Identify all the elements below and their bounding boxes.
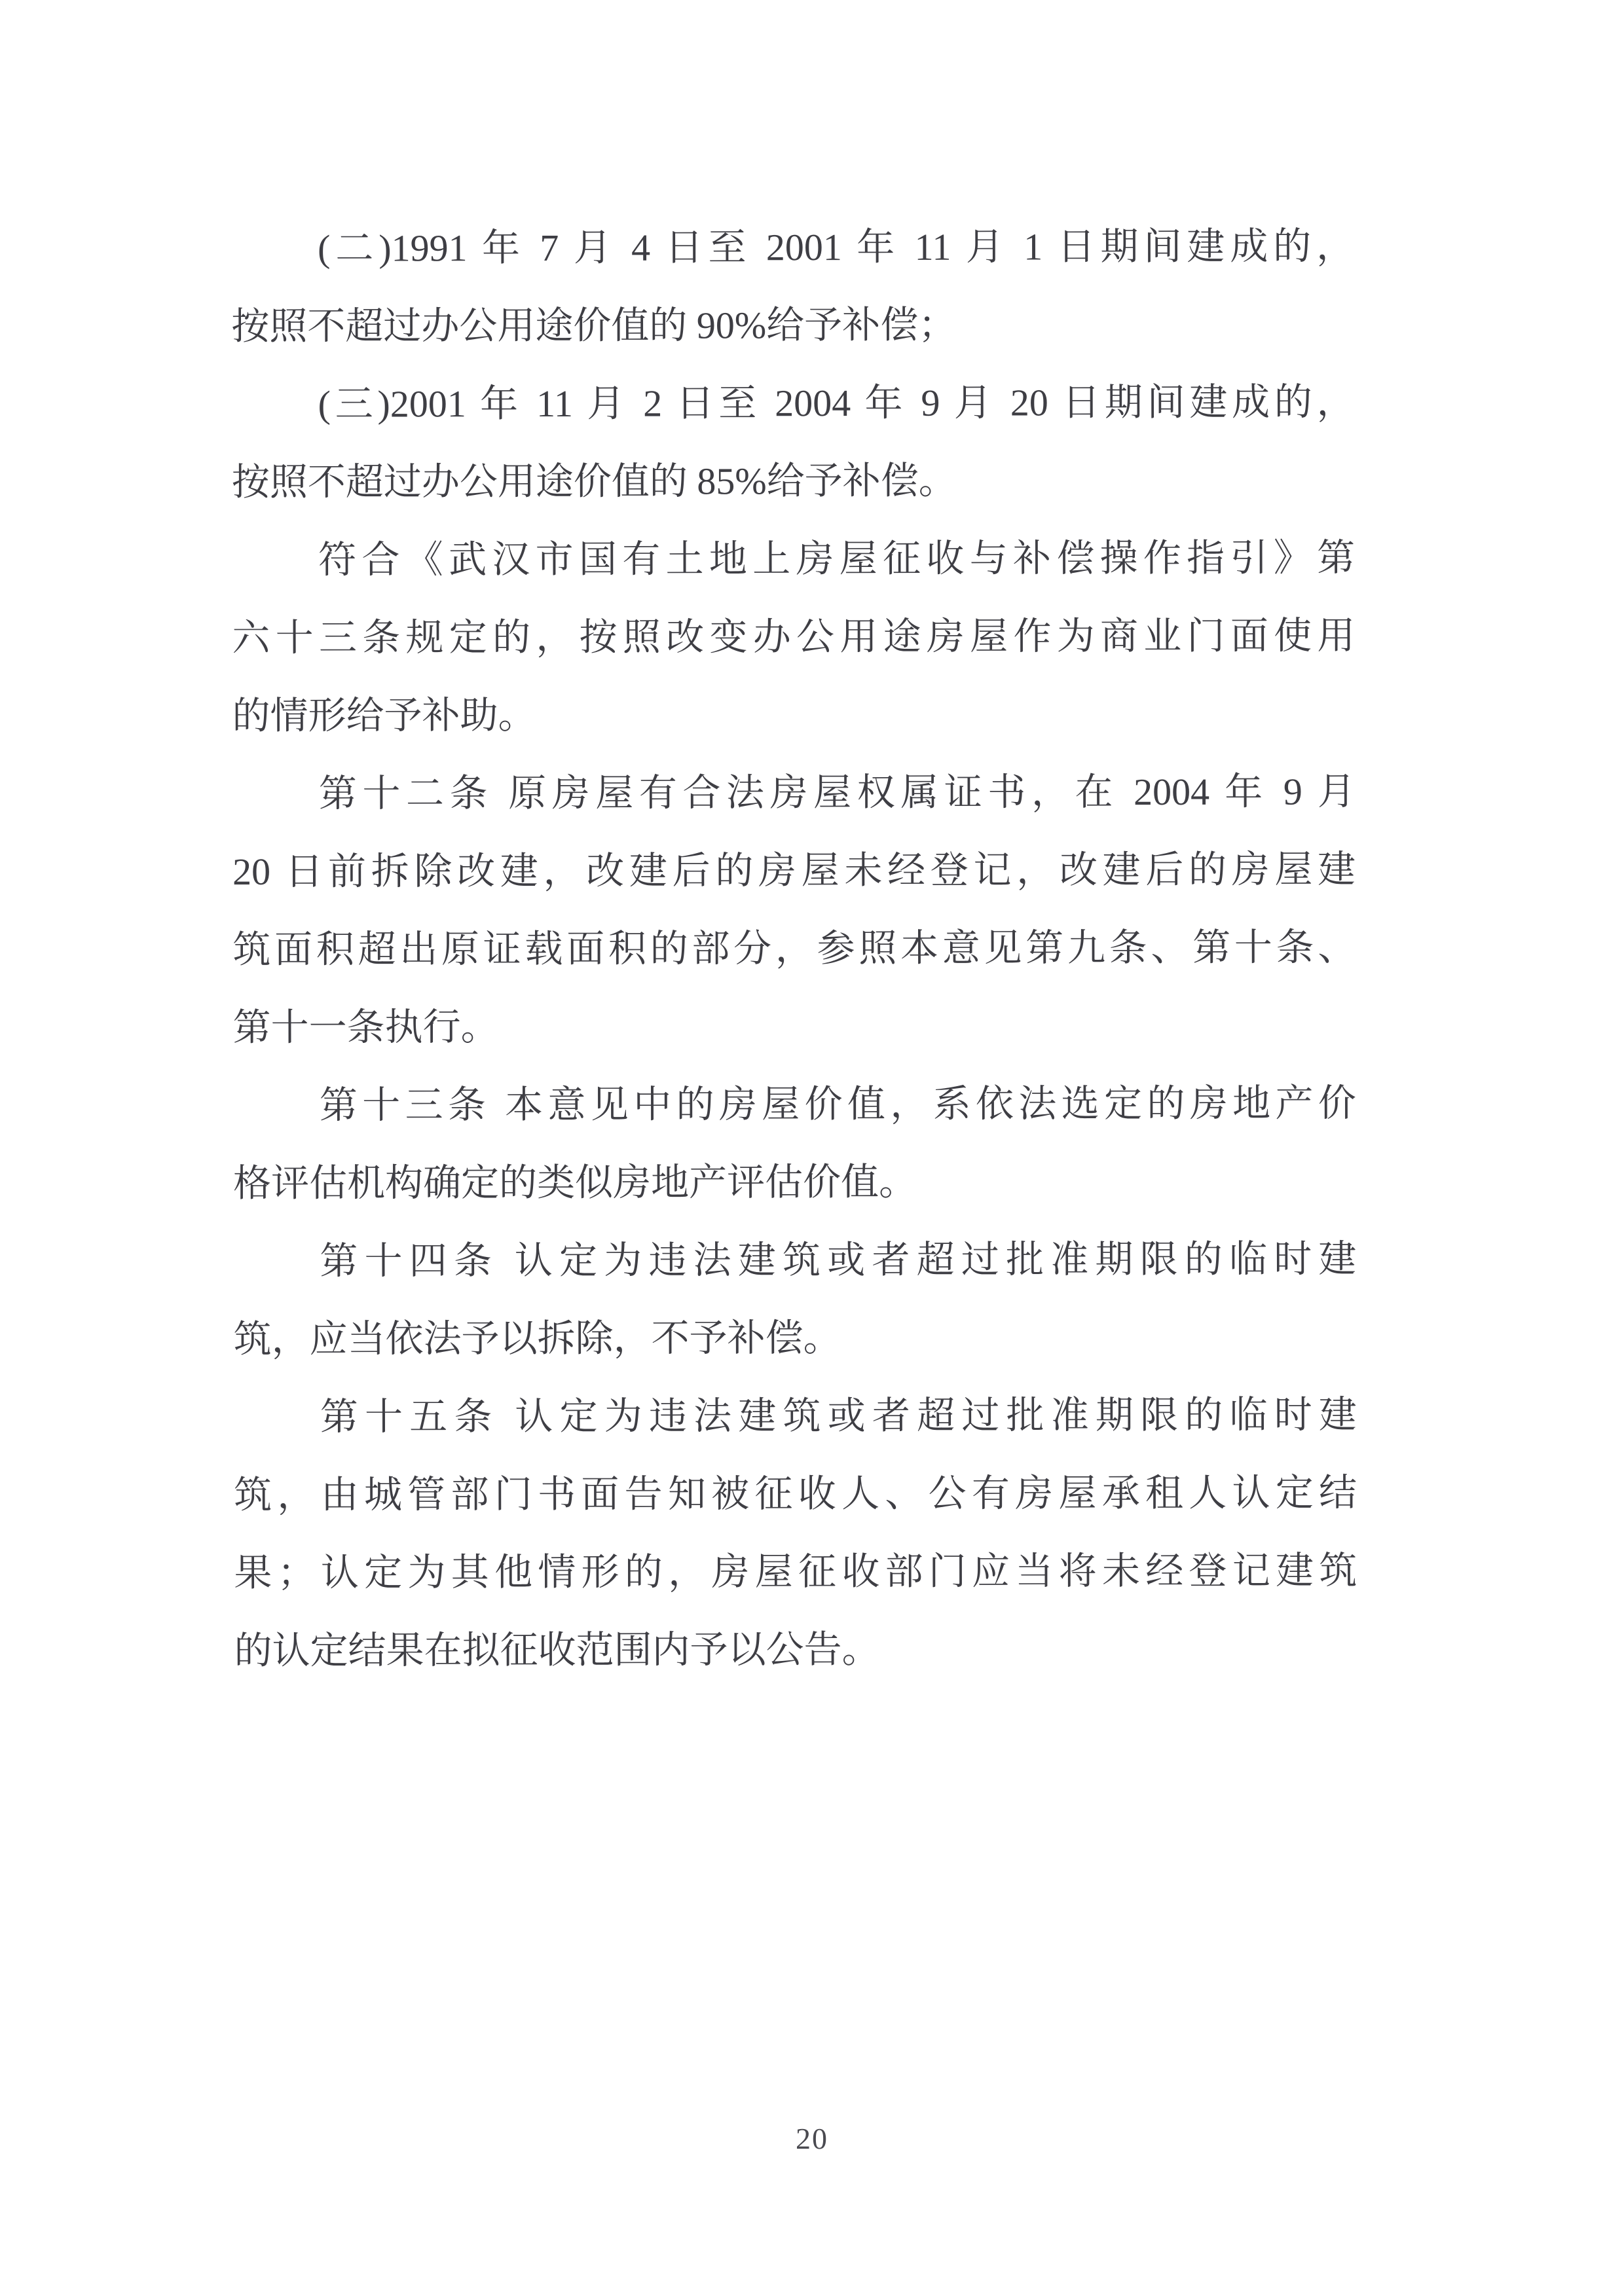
text-line: 的情形给予补助。 xyxy=(232,674,1355,755)
document-text-block: (二)1991 年 7 月 4 日至 2001 年 11 月 1 日期间建成的，… xyxy=(231,207,1357,1690)
text-line: 六十三条规定的，按照改变办公用途房屋作为商业门面使用 xyxy=(232,596,1355,677)
text-line: 第十三条 本意见中的房屋价值，系依法选定的房地产价 xyxy=(233,1064,1356,1144)
text-line: 第十四条 认定为违法建筑或者超过批准期限的临时建 xyxy=(233,1220,1356,1300)
text-line: (二)1991 年 7 月 4 日至 2001 年 11 月 1 日期间建成的， xyxy=(231,207,1354,287)
text-line: 格评估机构确定的类似房地产评估价值。 xyxy=(233,1142,1356,1222)
text-line: 筑面积超出原证载面积的部分，参照本意见第九条、第十条、 xyxy=(232,908,1356,989)
text-line: (三)2001 年 11 月 2 日至 2004 年 9 月 20 日期间建成的… xyxy=(231,363,1354,443)
text-line: 20 日前拆除改建，改建后的房屋未经登记，改建后的房屋建 xyxy=(232,830,1356,911)
document-page: (二)1991 年 7 月 4 日至 2001 年 11 月 1 日期间建成的，… xyxy=(0,0,1624,2296)
text-line: 按照不超过办公用途价值的 90%给予补偿； xyxy=(231,285,1354,365)
text-line: 按照不超过办公用途价值的 85%给予补偿。 xyxy=(232,441,1355,521)
page-number: 20 xyxy=(0,2121,1624,2156)
text-line: 筑，由城管部门书面告知被征收人、公有房屋承租人认定结 xyxy=(234,1453,1357,1534)
text-line: 果；认定为其他情形的，房屋征收部门应当将未经登记建筑 xyxy=(234,1531,1357,1612)
text-line: 筑，应当依法予以拆除，不予补偿。 xyxy=(233,1298,1356,1378)
text-line: 符合《武汉市国有土地上房屋征收与补偿操作指引》第 xyxy=(232,519,1355,599)
text-line: 第十一条执行。 xyxy=(232,986,1356,1066)
text-line: 的认定结果在拟征收范围内予以公告。 xyxy=(234,1609,1357,1690)
text-line: 第十五条 认定为违法建筑或者超过批准期限的临时建 xyxy=(234,1376,1357,1456)
text-line: 第十二条 原房屋有合法房屋权属证书，在 2004 年 9 月 xyxy=(232,752,1356,833)
